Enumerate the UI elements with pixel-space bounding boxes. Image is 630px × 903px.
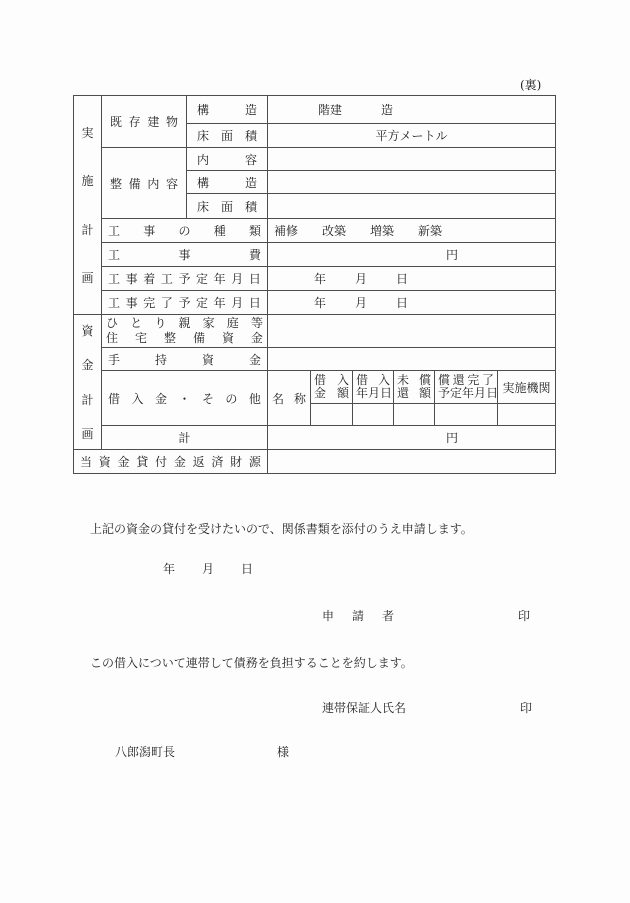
work-type-option-repair: 補修 xyxy=(274,222,298,239)
work-type-label-cell: 工事の種類 xyxy=(102,219,268,243)
floor-area-value-cell: 平方メートル xyxy=(268,124,556,148)
structure-label: 構造 xyxy=(187,101,267,118)
work-type-option-new: 新築 xyxy=(418,222,442,239)
start-date-label-cell: 工事着工予定年月日 xyxy=(102,267,268,291)
agency-value-cell xyxy=(498,404,556,426)
unredeemed-value-cell xyxy=(394,404,435,426)
start-date-month: 月 xyxy=(355,270,367,287)
borrowings-label-cell: 借入金・その他 xyxy=(102,371,268,426)
structure-value-stories: 階建 xyxy=(318,101,342,118)
borrow-date-value-cell xyxy=(353,404,394,426)
structure-label-cell: 構造 xyxy=(187,96,268,124)
work-type-option-extend: 増築 xyxy=(370,222,394,239)
completion-value-cell xyxy=(435,404,498,426)
structure-value-cell: 階建 造 xyxy=(268,96,556,124)
own-funds-label-cell: 手持資金 xyxy=(102,348,268,371)
section-plan-label: 実施計画 xyxy=(81,124,95,286)
content-label: 内容 xyxy=(187,151,267,168)
start-date-day: 日 xyxy=(396,270,408,287)
maintenance-label: 整備内容 xyxy=(102,175,186,192)
agency-header-cell: 実施機関 xyxy=(498,371,556,404)
content-value-cell xyxy=(268,148,556,171)
total-label-cell: 計 xyxy=(102,426,268,450)
borrow-amount-value-cell xyxy=(311,404,353,426)
applicant-label: 申請者 xyxy=(322,607,394,624)
repayment-source-label: 当資金貸付金返済財源 xyxy=(74,453,267,470)
end-date-day: 日 xyxy=(396,294,408,311)
existing-building-label-cell: 既存建物 xyxy=(102,96,187,148)
repayment-source-label-cell: 当資金貸付金返済財源 xyxy=(74,450,268,474)
structure2-value-cell xyxy=(268,171,556,194)
borrow-name-header-cell: 名称 xyxy=(268,371,311,426)
start-date-year: 年 xyxy=(314,270,326,287)
borrowings-label: 借入金・その他 xyxy=(102,390,267,407)
work-type-value-cell: 補修 改築 増築 新築 xyxy=(268,219,556,243)
existing-building-label: 既存建物 xyxy=(102,113,186,130)
date-day: 日 xyxy=(241,560,253,577)
floor-area2-label: 床面積 xyxy=(187,198,267,215)
work-cost-label: 工事費 xyxy=(102,246,267,263)
borrow-date-header-cell: 借入 年月日 xyxy=(353,371,394,404)
content-label-cell: 内容 xyxy=(187,148,268,171)
end-date-year: 年 xyxy=(314,294,326,311)
section-fund-label: 資金計画 xyxy=(81,322,95,442)
mayor-honorific: 様 xyxy=(277,743,289,760)
structure2-label-cell: 構造 xyxy=(187,171,268,194)
fund-name-label-cell: ひとり親家庭等 住宅整備資金 xyxy=(102,315,268,348)
work-cost-value-cell: 円 xyxy=(268,243,556,267)
mayor-label: 八郎潟町長 xyxy=(115,743,175,760)
document-page: (裏) 実施計画 既存建物 構造 階建 造 xyxy=(0,0,630,903)
date-year: 年 xyxy=(163,560,175,577)
fund-name-line2: 住宅整備資金 xyxy=(102,331,267,346)
borrow-amount-header-cell: 借入 金額 xyxy=(311,371,353,404)
guarantor-label: 連帯保証人氏名 xyxy=(322,699,406,716)
applicant-seal-label: 印 xyxy=(518,607,530,624)
start-date-label: 工事着工予定年月日 xyxy=(102,270,267,287)
guarantee-statement: この借入について連帯して債務を負担することを約します。 xyxy=(90,654,413,671)
end-date-month: 月 xyxy=(355,294,367,311)
application-table: 実施計画 既存建物 構造 階建 造 床面積 平方メートル xyxy=(73,95,556,474)
work-type-label: 工事の種類 xyxy=(102,222,267,239)
page-side-label: (裏) xyxy=(520,76,541,93)
unredeemed-header-cell: 未償 還額 xyxy=(394,371,435,404)
start-date-value-cell: 年 月 日 xyxy=(268,267,556,291)
repayment-source-value-cell xyxy=(268,450,556,474)
structure2-label: 構造 xyxy=(187,174,267,191)
work-type-option-rebuild: 改築 xyxy=(322,222,346,239)
fund-name-line1: ひとり親家庭等 xyxy=(102,316,267,331)
own-funds-value-cell xyxy=(268,348,556,371)
section-funding-plan: 資金計画 xyxy=(74,315,102,450)
work-cost-label-cell: 工事費 xyxy=(102,243,268,267)
completion-header-cell: 償還完了 予定年月日 xyxy=(435,371,498,404)
application-date-line: 年 月 日 xyxy=(163,560,253,577)
date-month: 月 xyxy=(202,560,214,577)
section-implementation-plan: 実施計画 xyxy=(74,96,102,315)
floor-area2-label-cell: 床面積 xyxy=(187,194,268,219)
own-funds-label: 手持資金 xyxy=(102,351,267,368)
end-date-label: 工事完了予定年月日 xyxy=(102,294,267,311)
floor-area-label: 床面積 xyxy=(187,127,267,144)
floor-area2-value-cell xyxy=(268,194,556,219)
total-value-cell: 円 xyxy=(268,426,556,450)
floor-area-label-cell: 床面積 xyxy=(187,124,268,148)
fund-name-value-cell xyxy=(268,315,556,348)
application-statement: 上記の資金の貸付を受けたいので、関係書類を添付のうえ申請します。 xyxy=(90,520,473,537)
end-date-value-cell: 年 月 日 xyxy=(268,291,556,315)
structure-value-built: 造 xyxy=(381,101,393,118)
borrow-name-header: 名称 xyxy=(268,390,310,407)
maintenance-label-cell: 整備内容 xyxy=(102,148,187,219)
guarantor-seal-label: 印 xyxy=(520,699,532,716)
end-date-label-cell: 工事完了予定年月日 xyxy=(102,291,268,315)
